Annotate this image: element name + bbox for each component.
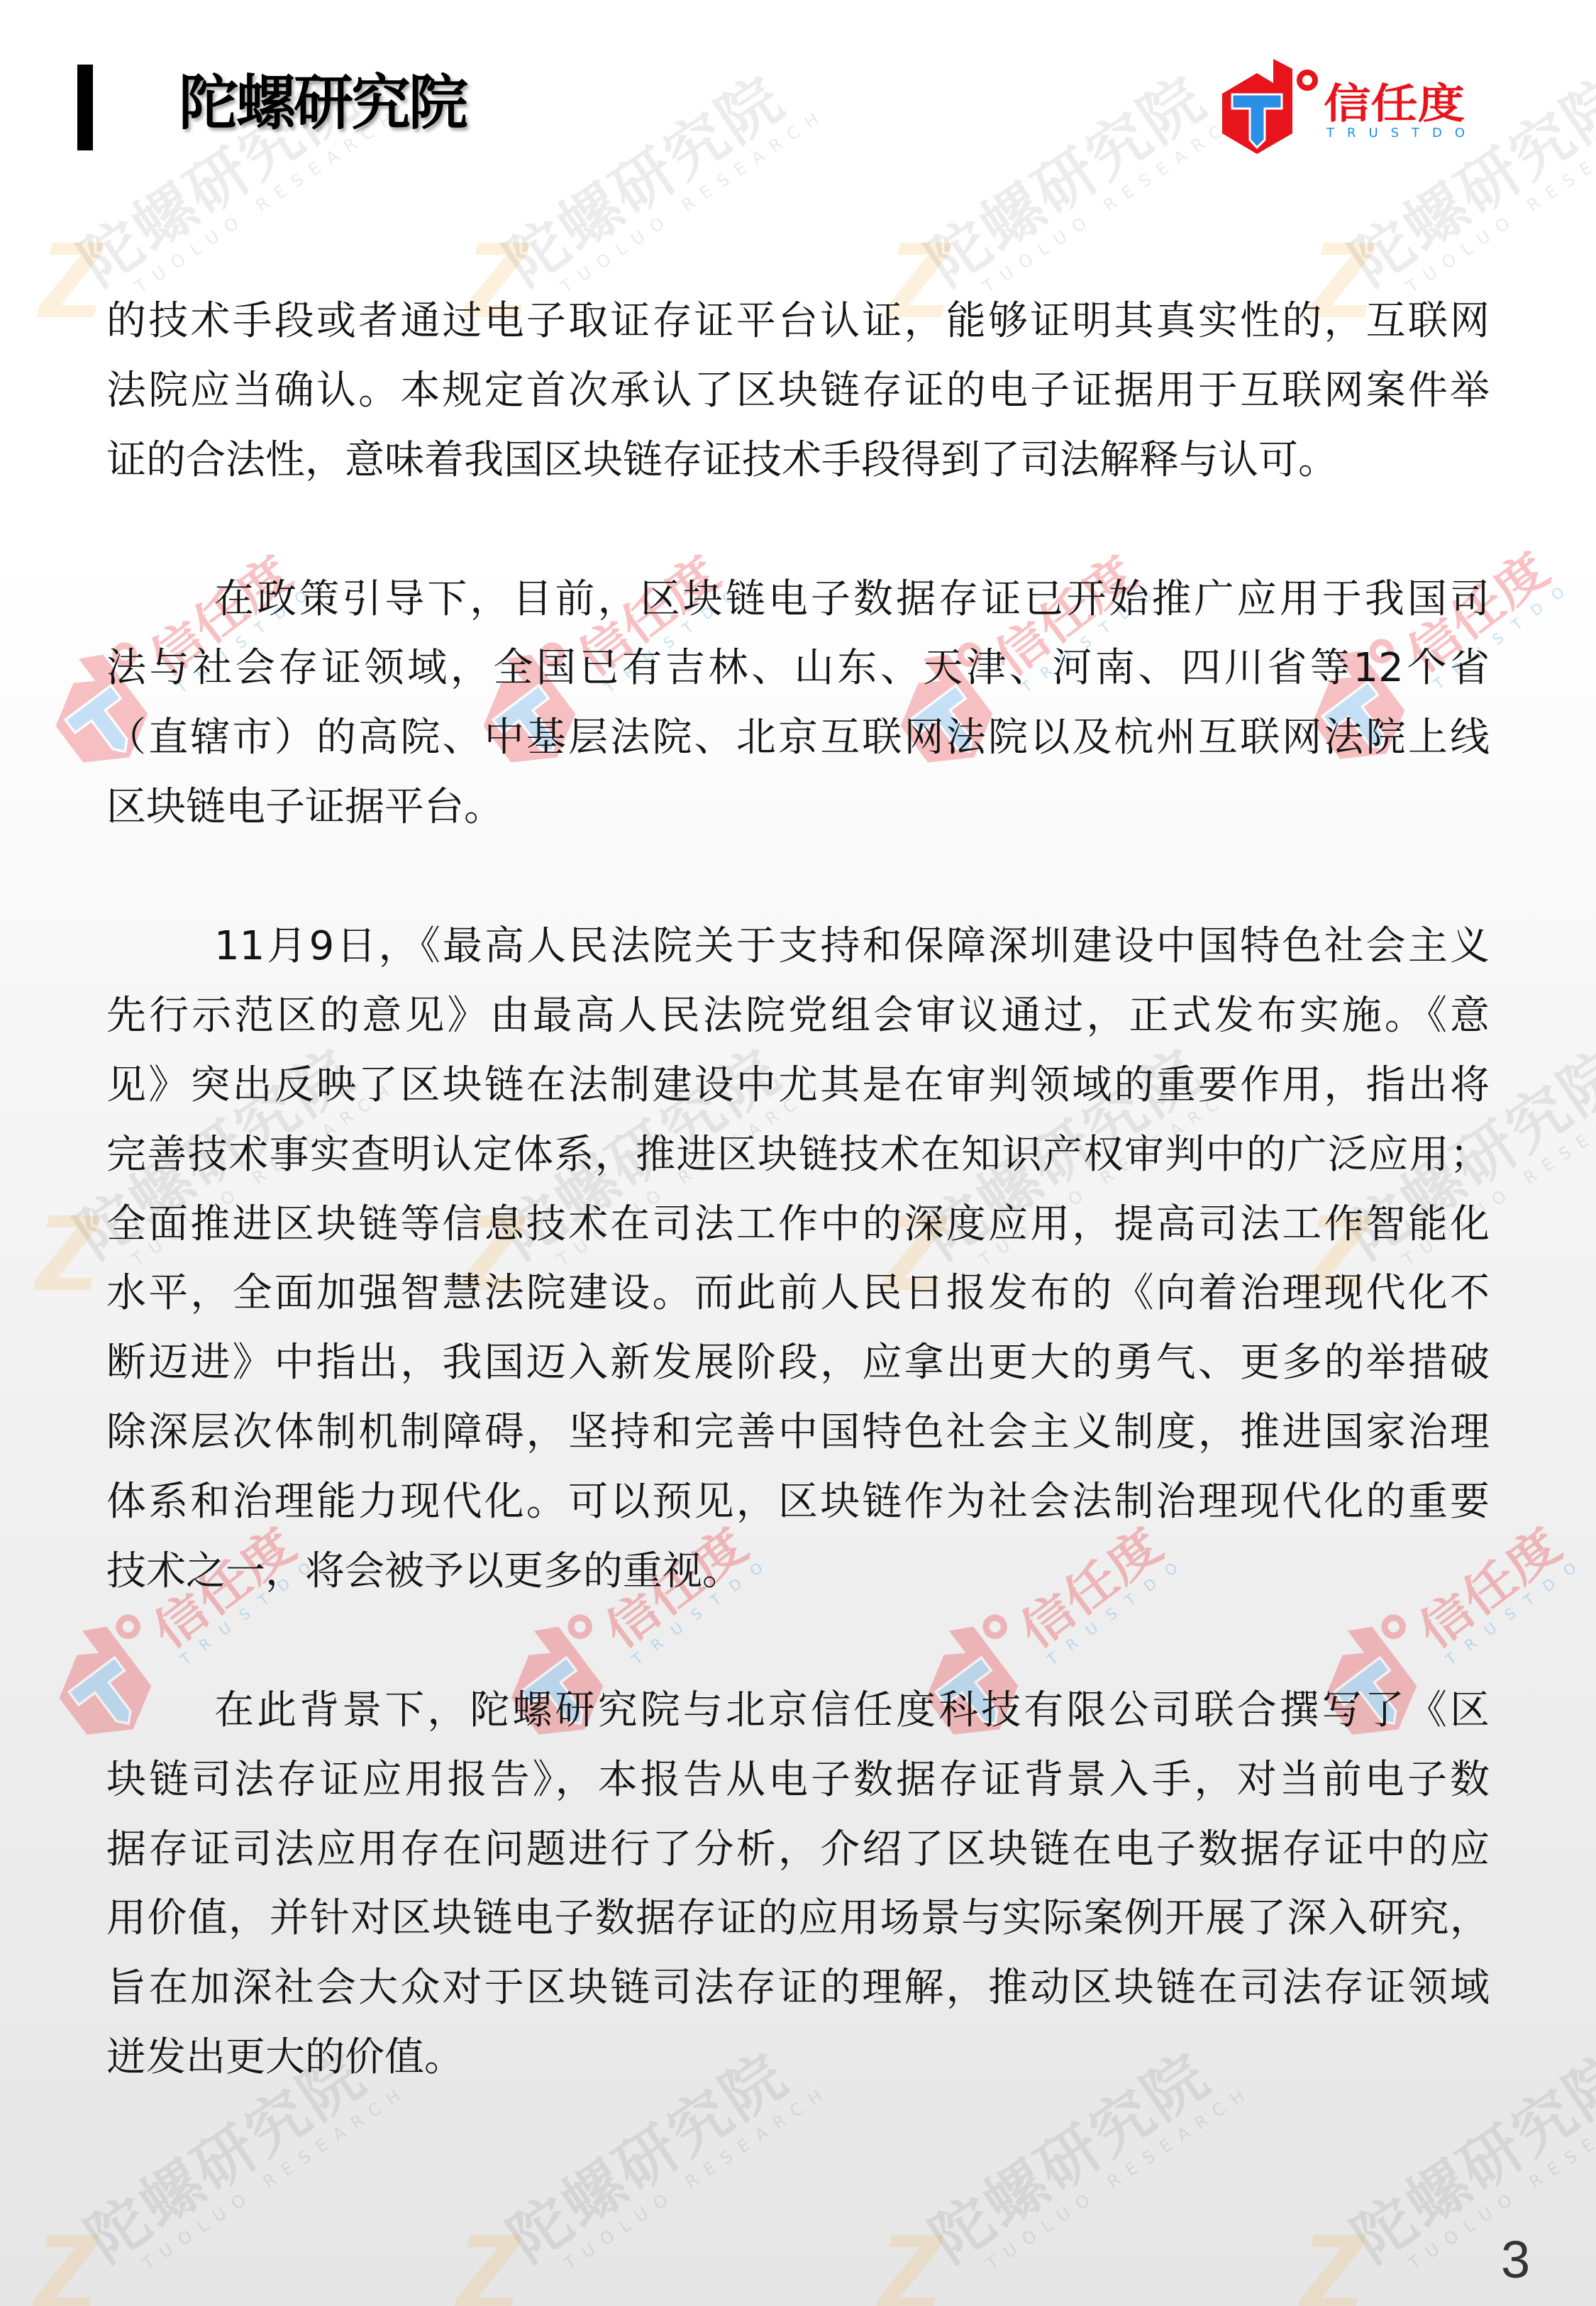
text-line: 完善技术事实查明认定体系，推进区块链技术在知识产权审判中的广泛应用； — [106, 1120, 1490, 1190]
watermark-tuoluo-text: 陀螺研究院 — [916, 49, 1241, 297]
watermark-tuoluo-subtext: TUOLUO RESEARCH — [531, 103, 831, 315]
text-line: 全面推进区块链等信息技术在司法工作中的深度应用，提高司法工作智能化 — [106, 1190, 1490, 1259]
tuoluo-z-logo-icon — [33, 1215, 101, 1290]
text-line: 的技术手段或者通过电子取证存证平台认证，能够证明其真实性的，互联网 — [106, 287, 1490, 356]
page-number: 3 — [1501, 2234, 1530, 2286]
watermark-tuoluo-text: 陀螺研究院 — [494, 49, 819, 297]
text-line: 在政策引导下，目前，区块链电子数据存证已开始推广应用于我国司 — [106, 565, 1490, 634]
logo-wordmark-cn: 信任度 — [1324, 79, 1465, 128]
text-line: 旨在加深社会大众对于区块链司法存证的理解，推动区块链在司法存证领域 — [106, 1953, 1490, 2023]
text-line: 11月9日，《最高人民法院关于支持和保障深圳建设中国特色社会主义 — [106, 912, 1490, 981]
watermark-tuoluo-subtext: TUOLUO RESEARCH — [1378, 2080, 1596, 2292]
tuoluo-z-logo-icon — [37, 243, 104, 317]
text-line: 水平，全面加强智慧法院建设。而此前人民日报发布的《向着治理现代化不 — [106, 1259, 1490, 1328]
text-line: 断迈进》中指出，我国迈入新发展阶段，应拿出更大的勇气、更多的举措破 — [106, 1328, 1490, 1398]
text-line: 块链司法存证应用报告》，本报告从电子数据存证背景入手，对当前电子数 — [106, 1745, 1490, 1815]
watermark-tuoluo: 陀螺研究院TUOLUO RESEARCH — [494, 49, 831, 315]
text-line: 先行示范区的意见》由最高人民法院党组会审议通过，正式发布实施。《意 — [106, 981, 1490, 1051]
text-line: 用价值，并针对区块链电子数据存证的应用场景与实际案例开展了深入研究， — [106, 1884, 1490, 1953]
paragraph-3: 11月9日，《最高人民法院关于支持和保障深圳建设中国特色社会主义 先行示范区的意… — [106, 912, 1490, 1606]
page-title: 陀螺研究院 — [179, 73, 466, 133]
text-line: 见》突出反映了区块链在法制建设中尤其是在审判领域的重要作用，指出将 — [106, 1051, 1490, 1120]
tuoluo-z-logo-icon — [32, 2235, 99, 2306]
watermark-tuoluo-subtext: TUOLUO RESEARCH — [956, 2080, 1256, 2292]
text-line: 法与社会存证领域，全国已有吉林、山东、天津、河南、四川省等12个省 — [106, 634, 1490, 703]
watermark-tuoluo-subtext: TUOLUO RESEARCH — [953, 103, 1253, 315]
watermark-tuoluo-subtext: TUOLUO RESEARCH — [534, 2080, 834, 2292]
body-text: 的技术手段或者通过电子取证存证平台认证，能够证明其真实性的，互联网 法院应当确认… — [106, 287, 1490, 2092]
watermark-tuoluo-subtext: TUOLUO RESEARCH — [112, 2080, 412, 2292]
text-line: 法院应当确认。本规定首次承认了区块链存证的电子证据用于互联网案件举 — [106, 356, 1490, 426]
trustdo-logo: 信任度 TRUSTDO — [1220, 57, 1475, 156]
paragraph-1: 的技术手段或者通过电子取证存证平台认证，能够证明其真实性的，互联网 法院应当确认… — [106, 287, 1490, 495]
text-line: 据存证司法应用存在问题进行了分析，介绍了区块链在电子数据存证中的应 — [106, 1815, 1490, 1885]
text-line: 体系和治理能力现代化。可以预见，区块链作为社会法制治理现代化的重要 — [106, 1467, 1490, 1537]
tuoluo-z-logo-icon — [454, 2235, 521, 2306]
text-line: 证的合法性，意味着我国区块链存证技术手段得到了司法解释与认可。 — [106, 426, 1490, 495]
text-line: 在此背景下，陀螺研究院与北京信任度科技有限公司联合撰写了《区 — [106, 1676, 1490, 1745]
text-line: 技术之一，将会被予以更多的重视。 — [106, 1537, 1490, 1606]
paragraph-2: 在政策引导下，目前，区块链电子数据存证已开始推广应用于我国司 法与社会存证领域，… — [106, 565, 1490, 843]
text-line: 迸发出更大的价值。 — [106, 2023, 1490, 2092]
title-accent-bar — [77, 65, 93, 150]
tuoluo-z-logo-icon — [876, 2235, 943, 2306]
watermark-tuoluo: 陀螺研究院TUOLUO RESEARCH — [916, 49, 1253, 315]
text-line: （直辖市）的高院、中基层法院、北京互联网法院以及杭州互联网法院上线 — [106, 703, 1490, 773]
paragraph-4: 在此背景下，陀螺研究院与北京信任度科技有限公司联合撰写了《区 块链司法存证应用报… — [106, 1676, 1490, 2092]
logo-wordmark-en: TRUSTDO — [1326, 126, 1465, 140]
degree-ring-icon — [1299, 72, 1315, 88]
text-line: 区块链电子证据平台。 — [106, 773, 1490, 842]
document-page: 陀螺研究院TUOLUO RESEARCH 陀螺研究院TUOLUO RESEARC… — [0, 0, 1596, 2306]
tuoluo-z-logo-icon — [1298, 2235, 1365, 2306]
paragraph-spacer — [106, 495, 1490, 565]
text-line: 除深层次体制机制障碍，坚持和完善中国特色社会主义制度，推进国家治理 — [106, 1398, 1490, 1467]
paragraph-spacer — [106, 1606, 1490, 1676]
paragraph-spacer — [106, 842, 1490, 912]
